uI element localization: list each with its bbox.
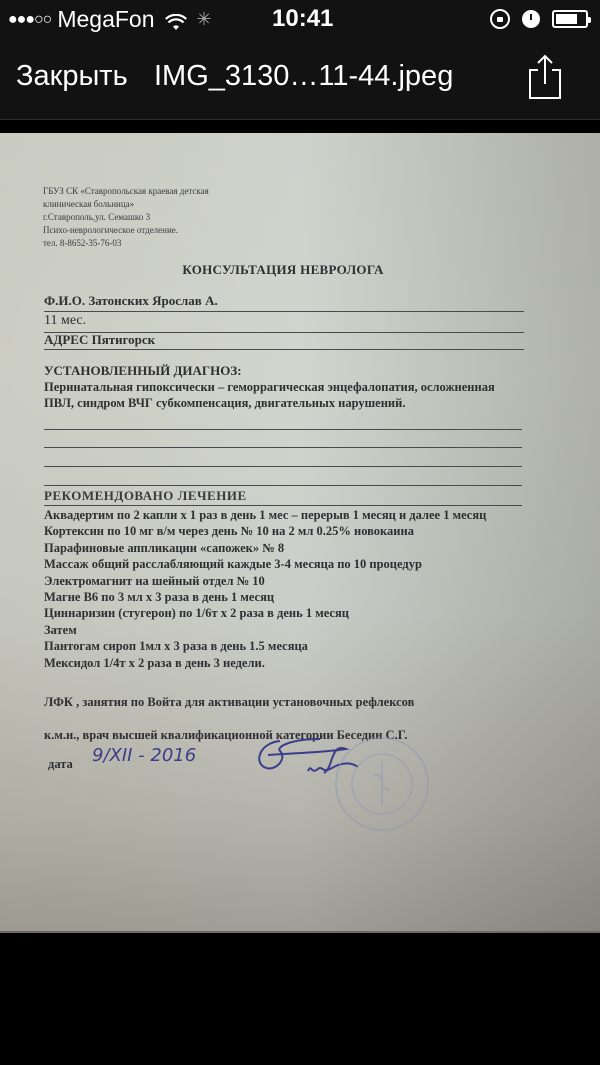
header-line: Психо-неврологическое отделение. <box>43 224 209 237</box>
patient-name: Ф.И.О. Затонских Ярослав А. <box>44 293 524 312</box>
form-line <box>44 447 522 448</box>
close-button[interactable]: Закрыть <box>16 60 128 93</box>
carrier-name: MegaFon <box>57 6 154 33</box>
treatment-heading: РЕКОМЕНДОВАНО ЛЕЧЕНИЕ <box>44 488 247 504</box>
treatment-item: Магне В6 по 3 мл х 3 раза в день 1 месяц <box>44 589 514 605</box>
handwritten-date: 9/XII - 2016 <box>92 745 196 766</box>
form-line <box>44 466 522 467</box>
treatment-item: Циннаризин (стугерон) по 1/6т х 2 раза в… <box>44 605 514 621</box>
date-label: дата <box>48 757 73 772</box>
treatment-item: Электромагнит на шейный отдел № 10 <box>44 573 514 589</box>
battery-icon <box>552 10 588 28</box>
stamp-icon <box>332 734 432 834</box>
form-line <box>44 485 522 486</box>
treatment-list: Аквадертим по 2 капли х 1 раз в день 1 м… <box>44 507 514 671</box>
wifi-icon <box>165 11 187 29</box>
viewer-background <box>0 933 600 1065</box>
diagnosis-text: Перинатальная гипоксически – геморрагиче… <box>44 379 504 411</box>
share-icon[interactable] <box>528 54 562 100</box>
signal-strength-icon: ●●●○○ <box>8 11 51 29</box>
treatment-item: Парафиновые аппликации «сапожек» № 8 <box>44 540 514 556</box>
diagnosis-heading: УСТАНОВЛЕННЫЙ ДИАГНОЗ: <box>44 363 242 379</box>
treatment-item: Пантогам сироп 1мл х 3 раза в день 1.5 м… <box>44 638 514 654</box>
hospital-header: ГБУЗ СК «Ставропольская краевая детская … <box>43 185 209 250</box>
lfk-recommendation: ЛФК , занятия по Войта для активации уст… <box>44 695 414 710</box>
activity-spinner-icon: ✳ <box>197 9 212 30</box>
consultation-document: ГБУЗ СК «Ставропольская краевая детская … <box>0 133 600 933</box>
header-line: ГБУЗ СК «Ставропольская краевая детская <box>43 185 209 198</box>
header-line: клиническая больница» <box>43 198 209 211</box>
patient-age: 11 мес. <box>44 313 524 333</box>
battery-level <box>556 14 577 24</box>
navigation-bar: Закрыть IMG_3130…11-44.jpeg <box>0 40 600 120</box>
form-line <box>44 505 522 506</box>
alarm-icon <box>522 10 540 28</box>
treatment-item: Кортексин по 10 мг в/м через день № 10 н… <box>44 523 514 539</box>
orientation-lock-icon <box>490 9 510 29</box>
treatment-item: Затем <box>44 622 514 638</box>
treatment-item: Аквадертим по 2 капли х 1 раз в день 1 м… <box>44 507 514 523</box>
patient-address: АДРЕС Пятигорск <box>44 332 524 350</box>
status-bar: ●●●○○ MegaFon ✳ 10:41 <box>0 0 600 40</box>
file-title: IMG_3130…11-44.jpeg <box>154 60 453 93</box>
clock: 10:41 <box>272 5 333 33</box>
header-line: тел. 8-8652-35-76-03 <box>43 237 209 250</box>
treatment-item: Массаж общий расслабляющий каждые 3-4 ме… <box>44 556 514 572</box>
treatment-item: Мексидол 1/4т х 2 раза в день 3 недели. <box>44 655 514 671</box>
form-line <box>44 429 522 430</box>
document-photo[interactable]: ГБУЗ СК «Ставропольская краевая детская … <box>0 133 600 933</box>
document-title: КОНСУЛЬТАЦИЯ НЕВРОЛОГА <box>0 262 566 278</box>
header-line: г.Ставрополь,ул. Семашко 3 <box>43 211 209 224</box>
